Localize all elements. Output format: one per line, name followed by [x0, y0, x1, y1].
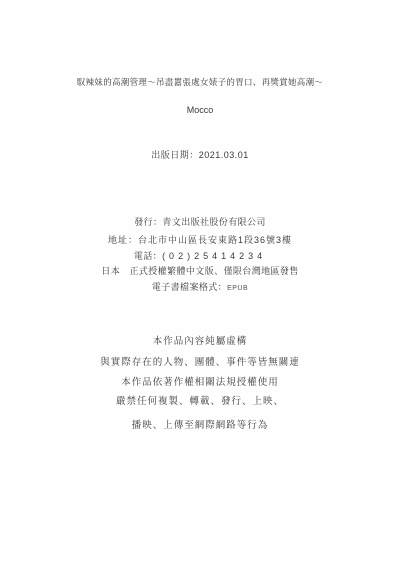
disclaimer-line-2: 與實際存在的人物、團體、事件等皆無關連 — [0, 354, 400, 368]
disclaimer-line-1: 本作品內容純屬虛構 — [0, 333, 400, 347]
disclaimer-line-4: 嚴禁任何複製、轉載、發行、上映、 — [0, 393, 400, 407]
license-line: 日本 正式授權繁體中文版、僅限台灣地區發售 — [0, 264, 400, 277]
disclaimer-line-3: 本作品依著作權相關法規授權使用 — [0, 374, 400, 388]
format-value: EPUB — [227, 285, 248, 292]
phone-line: 電話：(02)25414234 — [0, 249, 400, 262]
publish-date: 出版日期：2021.03.01 — [0, 148, 400, 161]
format-line: 電子書檔案格式：EPUB — [0, 280, 400, 293]
phone-number: (02)25414234 — [162, 251, 266, 261]
publisher-line: 發行：青文出版社股份有限公司 — [0, 215, 400, 228]
address-line: 地址：台北市中山區長安東路1段36號3樓 — [0, 233, 400, 246]
ebook-colophon-page: 馭辣妹的高潮管理～吊盡囂張處女婊子的胃口、再獎賞她高潮～ Mocco 出版日期：… — [0, 0, 400, 566]
disclaimer-line-5: 播映、上傳至網際網路等行為 — [0, 417, 400, 431]
author-name: Mocco — [0, 105, 400, 115]
format-label: 電子書檔案格式： — [152, 282, 227, 292]
book-title: 馭辣妹的高潮管理～吊盡囂張處女婊子的胃口、再獎賞她高潮～ — [0, 76, 400, 88]
phone-label: 電話： — [134, 251, 162, 261]
